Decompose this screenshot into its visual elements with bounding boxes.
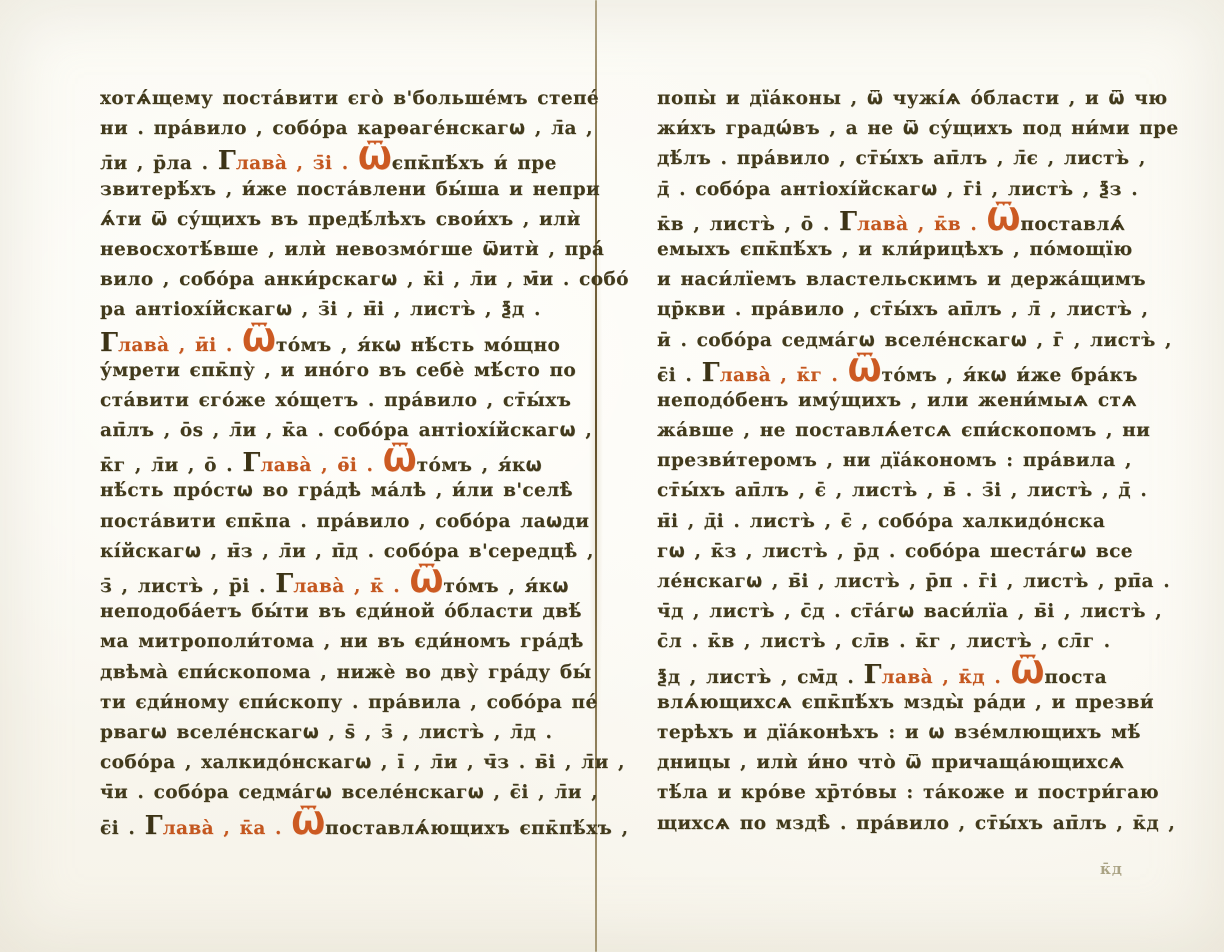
body-text: ап̄лъ , о̄ѕ , л̄и , к̄а . собо́ра антіох… (100, 420, 592, 441)
body-text: то́мъ , я́кѡ (417, 455, 543, 476)
text-line: дѣ́лъ . пра́вило , ст̄ы́хъ ап̄лъ , л̄є ,… (657, 144, 1135, 174)
text-line: д̄ . собо́ра антіохі́йскагѡ , г̄і , лист… (657, 175, 1135, 205)
body-text: звитерѣ́хъ , и́же поста́влени бы́ша и не… (100, 179, 600, 200)
text-line: невосхотѣ́вше , илѝ невозмо́гше ѿитѝ , п… (100, 235, 572, 265)
body-text: ма митрополи́тома , ни въ єди́номъ гра́д… (100, 631, 584, 652)
rubric-initial-omega: Ѿ (291, 806, 325, 842)
body-text: н̄і , д̄і . листъ̀ , є̄ , собо́ра халкид… (657, 511, 1105, 532)
rubric-text: лава̀ , к̄ . (293, 576, 409, 597)
text-line: ӣ . собо́ра седма́гѡ вселе́нскагѡ , г̄ ,… (657, 326, 1135, 356)
chapter-initial: Г (864, 660, 882, 690)
body-text: двѣма̀ єпи́скопома , нижѐ во дву̀ гра́ду… (100, 662, 592, 683)
body-text: ни . пра́вило , собо́ра карѳаге́нскагѡ ,… (100, 118, 593, 139)
body-text: гѡ , к̄з , листъ̀ , р̄д . собо́ра шеста́… (657, 541, 1133, 562)
body-text: вило , собо́ра анки́рскагѡ , к̄і , л̄и ,… (100, 269, 629, 290)
text-line: гѡ , к̄з , листъ̀ , р̄д . собо́ра шеста́… (657, 537, 1135, 567)
body-text: у́мрети єпк̄пу̀ , и ино́го въ себѐ мѣ́ст… (100, 360, 576, 381)
body-text: ти єди́ному єпи́скопу . пра́вила , собо́… (100, 692, 598, 713)
body-text: ӣ . собо́ра седма́гѡ вселе́нскагѡ , г̄ ,… (657, 330, 1172, 351)
book-spread-scan: хотѧ́щему поста́вити єго̀ в'больше́мъ ст… (0, 0, 1224, 952)
text-line: собо́ра , халкидо́нскагѡ , і̄ , л̄и , ч̄… (100, 748, 572, 778)
body-text: к̄г , л̄и , о̄ . (100, 455, 242, 476)
chapter-initial: Г (100, 328, 118, 358)
body-text: дницы , илѝ и́но что̀ ѿ причаща́ющихсѧ (657, 752, 1125, 773)
text-line: дницы , илѝ и́но что̀ ѿ причаща́ющихсѧ (657, 748, 1135, 778)
text-line: з̄ , листъ̀ , р̄і . Глава̀ , к̄ . Ѿто́мъ… (100, 567, 572, 597)
body-text: л̄и , р̄ла . (100, 153, 218, 174)
body-text: ст̄ы́хъ ап̄лъ , є̄ , листъ̀ , в̄ . з̄і ,… (657, 480, 1147, 501)
text-line: ч̄д , листъ̀ , с̄д . ст̄а́гѡ васи́лїа , … (657, 597, 1135, 627)
body-text: попы̀ и дїа́коны , ѿ чужі́ѧ о́бласти , и… (657, 88, 1168, 109)
chapter-initial: Г (145, 811, 163, 841)
rubric-text: лава̀ , ѳ̄і . (260, 455, 382, 476)
body-text: є̄і . (657, 365, 702, 386)
rubric-initial-omega: Ѿ (409, 564, 443, 600)
rubric-initial-omega: Ѿ (1011, 655, 1045, 691)
body-text: д̄ . собо́ра антіохі́йскагѡ , г̄і , лист… (657, 179, 1138, 200)
text-line: ап̄лъ , о̄ѕ , л̄и , к̄а . собо́ра антіох… (100, 416, 572, 446)
text-line: є̄і . Глава̀ , к̄г . Ѿто́мъ , я́кѡ и́же … (657, 356, 1135, 386)
text-line: двѣма̀ єпи́скопома , нижѐ во дву̀ гра́ду… (100, 658, 572, 688)
body-text: то́мъ , я́кѡ нѣ́сть мо́щно (276, 335, 560, 356)
rubric-initial-omega: Ѿ (987, 202, 1021, 238)
body-text: поста (1044, 667, 1107, 688)
body-text: емыхъ єпк̄пѣ́хъ , и кли́рицѣхъ , по́мощї… (657, 239, 1133, 260)
rubric-initial-omega: Ѿ (383, 443, 417, 479)
text-line: к̄г , л̄и , о̄ . Глава̀ , ѳ̄і . Ѿто́мъ ,… (100, 446, 572, 476)
text-line: с̄л . к̄в , листъ̀ , сл̄в . к̄г , листъ̀… (657, 627, 1135, 657)
rubric-text: лава̀ , к̄а . (163, 818, 292, 839)
body-text: поста́вити єпк̄па . пра́вило , собо́ра л… (100, 511, 589, 532)
book-gutter (595, 0, 597, 952)
text-line: Глава̀ , ӣі . Ѿто́мъ , я́кѡ нѣ́сть мо́щн… (100, 326, 572, 356)
text-line: ти єди́ному єпи́скопу . пра́вила , собо́… (100, 688, 572, 718)
text-line: тѣ́ла и кро́ве хр̄то́вы : та́коже и пост… (657, 778, 1135, 808)
body-text: ста́вити єго́же хо́щетъ . пра́вило , ст̄… (100, 390, 571, 411)
body-text: то́мъ , я́кѡ и́же бра́къ (881, 365, 1137, 386)
rubric-text: лава̀ , к̄д . (882, 667, 1011, 688)
body-text: жи́хъ градѡ́въ , а не ѿ су́щихъ под ни́м… (657, 118, 1179, 139)
body-text: поставлѧ́ (1020, 214, 1125, 235)
text-line: щихсѧ по мздѣ̀ . пра́вило , ст̄ы́хъ ап̄л… (657, 809, 1135, 839)
text-line: звитерѣ́хъ , и́же поста́влени бы́ша и не… (100, 175, 572, 205)
body-text: дѣ́лъ . пра́вило , ст̄ы́хъ ап̄лъ , л̄є ,… (657, 148, 1146, 169)
rubric-text: лава̀ , к̄г . (720, 365, 848, 386)
text-line: кі́йскагѡ , н̄з , л̄и , п̄д . собо́ра в'… (100, 537, 572, 567)
body-text: хотѧ́щему поста́вити єго̀ в'больше́мъ ст… (100, 88, 599, 109)
body-text: нѣ́сть про́стѡ во гра́дѣ ма́лѣ , и́ли в'… (100, 480, 573, 501)
text-line: ле́нскагѡ , в̄і , листъ̀ , р̄п . г̄і , л… (657, 567, 1135, 597)
left-page-text-column: хотѧ́щему поста́вити єго̀ в'больше́мъ ст… (100, 84, 572, 839)
text-line: жи́хъ градѡ́въ , а не ѿ су́щихъ под ни́м… (657, 114, 1135, 144)
text-line: цр̄кви . пра́вило , ст̄ы́хъ ап̄лъ , л̄ ,… (657, 295, 1135, 325)
text-line: попы̀ и дїа́коны , ѿ чужі́ѧ о́бласти , и… (657, 84, 1135, 114)
quire-signature-mark: к̄д (1100, 860, 1123, 878)
chapter-initial: Г (242, 448, 260, 478)
text-line: неподо́бенъ иму́щихъ , или жени́мыѧ стѧ (657, 386, 1135, 416)
text-line: презви́теромъ , ни дїа́кономъ : пра́вила… (657, 446, 1135, 476)
text-line: у́мрети єпк̄пу̀ , и ино́го въ себѐ мѣ́ст… (100, 356, 572, 386)
chapter-initial: Г (702, 358, 720, 388)
text-line: к̄в , листъ̀ , о̄ . Глава̀ , к̄в . Ѿпост… (657, 205, 1135, 235)
text-line: є̄і . Глава̀ , к̄а . Ѿпоставлѧ́ющихъ єпк… (100, 809, 572, 839)
body-text: то́мъ , я́кѡ (443, 576, 569, 597)
body-text: цр̄кви . пра́вило , ст̄ы́хъ ап̄лъ , л̄ ,… (657, 299, 1148, 320)
rubric-text: лава̀ , ӣі . (118, 335, 242, 356)
text-line: ѧ́ти ѿ су́щихъ въ предѣ́лѣхъ свои́хъ , и… (100, 205, 572, 235)
rubric-initial-omega: Ѿ (242, 323, 276, 359)
text-line: и наси́лїемъ властельскимъ и держа́щимъ (657, 265, 1135, 295)
text-line: неподоба́етъ бы́ти въ єди́ной о́бласти д… (100, 597, 572, 627)
body-text: неподоба́етъ бы́ти въ єди́ной о́бласти д… (100, 601, 582, 622)
text-line: жа́вше , не поставлѧ́етсѧ єпи́скопомъ , … (657, 416, 1135, 446)
text-line: ч̄и . собо́ра седма́гѡ вселе́нскагѡ , є̄… (100, 778, 572, 808)
body-text: к̄в , листъ̀ , о̄ . (657, 214, 839, 235)
body-text: и наси́лїемъ властельскимъ и держа́щимъ (657, 269, 1146, 290)
rubric-initial-omega: Ѿ (358, 141, 392, 177)
body-text: с̄л . к̄в , листъ̀ , сл̄в . к̄г , листъ̀… (657, 631, 1111, 652)
text-line: хотѧ́щему поста́вити єго̀ в'больше́мъ ст… (100, 84, 572, 114)
chapter-initial: Г (839, 207, 857, 237)
body-text: терѣхъ и дїа́конѣхъ : и ѡ взе́млющихъ мѣ… (657, 722, 1141, 743)
right-page-text-column: попы̀ и дїа́коны , ѿ чужі́ѧ о́бласти , и… (657, 84, 1135, 839)
text-line: влѧ́ющихсѧ єпк̄пѣ́хъ мзды̀ ра́ди , и пре… (657, 688, 1135, 718)
text-line: терѣхъ и дїа́конѣхъ : и ѡ взе́млющихъ мѣ… (657, 718, 1135, 748)
body-text: поставлѧ́ющихъ єпк̄пѣ́хъ , (325, 818, 628, 839)
text-line: н̄і , д̄і . листъ̀ , є̄ , собо́ра халкид… (657, 507, 1135, 537)
text-line: ѯ̄д , листъ̀ , см̄д . Глава̀ , к̄д . Ѿпо… (657, 658, 1135, 688)
text-line: ста́вити єго́же хо́щетъ . пра́вило , ст̄… (100, 386, 572, 416)
chapter-initial: Г (275, 569, 293, 599)
text-line: ра антіохі́йскагѡ , з̄і , н̄і , листъ̀ ,… (100, 295, 572, 325)
rubric-text: лава̀ , з̄і . (236, 153, 358, 174)
body-text: презви́теромъ , ни дїа́кономъ : пра́вила… (657, 450, 1132, 471)
body-text: тѣ́ла и кро́ве хр̄то́вы : та́коже и пост… (657, 782, 1159, 803)
body-text: собо́ра , халкидо́нскагѡ , і̄ , л̄и , ч̄… (100, 752, 625, 773)
text-line: л̄и , р̄ла . Глава̀ , з̄і . Ѿєпк̄пѣ́хъ и… (100, 144, 572, 174)
text-line: ма митрополи́тома , ни въ єди́номъ гра́д… (100, 627, 572, 657)
body-text: кі́йскагѡ , н̄з , л̄и , п̄д . собо́ра в'… (100, 541, 594, 562)
text-line: ни . пра́вило , собо́ра карѳаге́нскагѡ ,… (100, 114, 572, 144)
body-text: ѧ́ти ѿ су́щихъ въ предѣ́лѣхъ свои́хъ , и… (100, 209, 581, 230)
rubric-text: лава̀ , к̄в . (857, 214, 987, 235)
body-text: ле́нскагѡ , в̄і , листъ̀ , р̄п . г̄і , л… (657, 571, 1170, 592)
body-text: ѯ̄д , листъ̀ , см̄д . (657, 667, 864, 688)
text-line: ст̄ы́хъ ап̄лъ , є̄ , листъ̀ , в̄ . з̄і ,… (657, 476, 1135, 506)
text-line: рвагѡ вселе́нскагѡ , ѕ̄ , з̄ , листъ̀ , … (100, 718, 572, 748)
body-text: ра антіохі́йскагѡ , з̄і , н̄і , листъ̀ ,… (100, 299, 541, 320)
body-text: влѧ́ющихсѧ єпк̄пѣ́хъ мзды̀ ра́ди , и пре… (657, 692, 1154, 713)
body-text: невосхотѣ́вше , илѝ невозмо́гше ѿитѝ , п… (100, 239, 604, 260)
text-line: поста́вити єпк̄па . пра́вило , собо́ра л… (100, 507, 572, 537)
text-line: вило , собо́ра анки́рскагѡ , к̄і , л̄и ,… (100, 265, 572, 295)
body-text: щихсѧ по мздѣ̀ . пра́вило , ст̄ы́хъ ап̄л… (657, 813, 1175, 834)
body-text: рвагѡ вселе́нскагѡ , ѕ̄ , з̄ , листъ̀ , … (100, 722, 552, 743)
body-text: єпк̄пѣ́хъ и́ пре (392, 153, 557, 174)
text-line: емыхъ єпк̄пѣ́хъ , и кли́рицѣхъ , по́мощї… (657, 235, 1135, 265)
body-text: з̄ , листъ̀ , р̄і . (100, 576, 275, 597)
text-line: нѣ́сть про́стѡ во гра́дѣ ма́лѣ , и́ли в'… (100, 476, 572, 506)
body-text: ч̄д , листъ̀ , с̄д . ст̄а́гѡ васи́лїа , … (657, 601, 1162, 622)
body-text: є̄і . (100, 818, 145, 839)
body-text: неподо́бенъ иму́щихъ , или жени́мыѧ стѧ (657, 390, 1137, 411)
body-text: ч̄и . собо́ра седма́гѡ вселе́нскагѡ , є̄… (100, 782, 598, 803)
rubric-initial-omega: Ѿ (848, 353, 882, 389)
body-text: жа́вше , не поставлѧ́етсѧ єпи́скопомъ , … (657, 420, 1150, 441)
chapter-initial: Г (218, 146, 236, 176)
